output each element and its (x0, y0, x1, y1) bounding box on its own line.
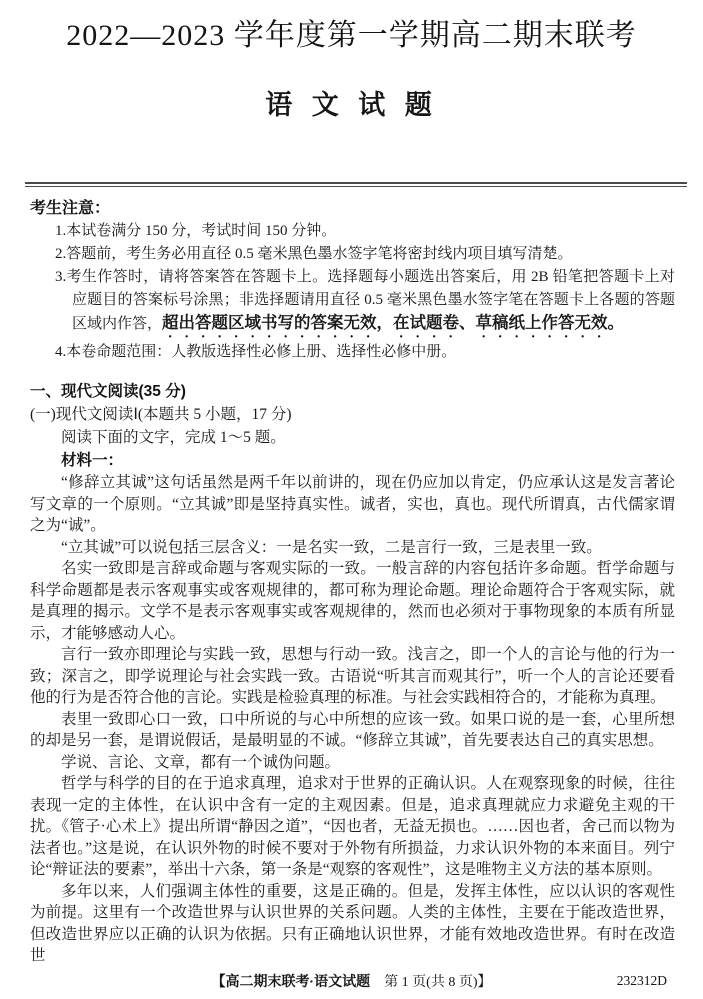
notice-item-4: 4.本卷命题范围：人教版选择性必修上册、选择性必修中册。 (55, 341, 675, 364)
subject-title: 语 文 试 题 (0, 88, 703, 122)
notice-section: 考生注意： 1.本试卷满分 150 分，考试时间 150 分钟。 2.答题前，考… (30, 197, 675, 364)
paragraph: “立其诚”可以说包括三层含义：一是名实一致，二是言行一致，三是表里一致。 (30, 537, 675, 559)
header-divider (25, 182, 687, 187)
footer-page-number: 第 1 页(共 8 页)】 (370, 975, 491, 990)
reading-section: 一、现代文阅读(35 分) (一)现代文阅读Ⅰ(本题共 5 小题，17 分) 阅… (30, 380, 675, 967)
paragraph: 表里一致即心口一致，口中所说的与心中所想的应该一致。如果口说的是一套，心里所想的… (30, 709, 675, 752)
exam-title: 2022—2023 学年度第一学期高二期末联考 (0, 0, 703, 56)
notice-item-3: 3.考生作答时，请将答案答在答题卡上。选择题每小题选出答案后，用 2B 铅笔把答… (55, 266, 675, 341)
exam-page: 2022—2023 学年度第一学期高二期末联考 语 文 试 题 考生注意： 1.… (0, 0, 703, 999)
paragraph: 名实一致即是言辞或命题与客观实际的一致。一般言辞的内容包括许多命题。哲学命题与科… (30, 558, 675, 644)
paragraph: 学说、言论、文章，都有一个诚伪问题。 (30, 752, 675, 774)
section-heading: 一、现代文阅读(35 分) (30, 380, 675, 403)
material-label: 材料一： (30, 449, 675, 472)
footer-exam-label: 【高二期末联考·语文试题 (212, 973, 371, 989)
reading-instruction: 阅读下面的文字，完成 1～5 题。 (30, 426, 675, 449)
notice-list: 1.本试卷满分 150 分，考试时间 150 分钟。 2.答题前，考生务必用直径… (55, 220, 675, 364)
notice-item-3-emphasis: 超出答题区域书写的答案无效，在试题卷、草稿纸上作答无效。 (162, 314, 624, 332)
notice-heading: 考生注意： (30, 197, 675, 220)
notice-item-1: 1.本试卷满分 150 分，考试时间 150 分钟。 (55, 220, 675, 243)
subsection-heading: (一)现代文阅读Ⅰ(本题共 5 小题，17 分) (30, 403, 675, 426)
paragraph: 哲学与科学的目的在于追求真理，追求对于世界的正确认识。人在观察现象的时候，往往表… (30, 773, 675, 881)
footer-paper-code: 232312D (617, 971, 667, 991)
paragraph: “修辞立其诚”这句话虽然是两千年以前讲的，现在仍应加以肯定，仍应承认这是发言著论… (30, 472, 675, 537)
paragraph: 言行一致亦即理论与实践一致，思想与行动一致。浅言之，即一个人的言论与他的行为一致… (30, 644, 675, 709)
material-body: “修辞立其诚”这句话虽然是两千年以前讲的，现在仍应加以肯定，仍应承认这是发言著论… (30, 472, 675, 967)
page-footer: 【高二期末联考·语文试题 第 1 页(共 8 页)】 232312D (0, 971, 703, 991)
notice-item-2: 2.答题前，考生务必用直径 0.5 毫米黑色墨水签字笔将密封线内项目填写清楚。 (55, 243, 675, 266)
paragraph: 多年以来，人们强调主体性的重要，这是正确的。但是，发挥主体性，应以认识的客观性为… (30, 881, 675, 967)
